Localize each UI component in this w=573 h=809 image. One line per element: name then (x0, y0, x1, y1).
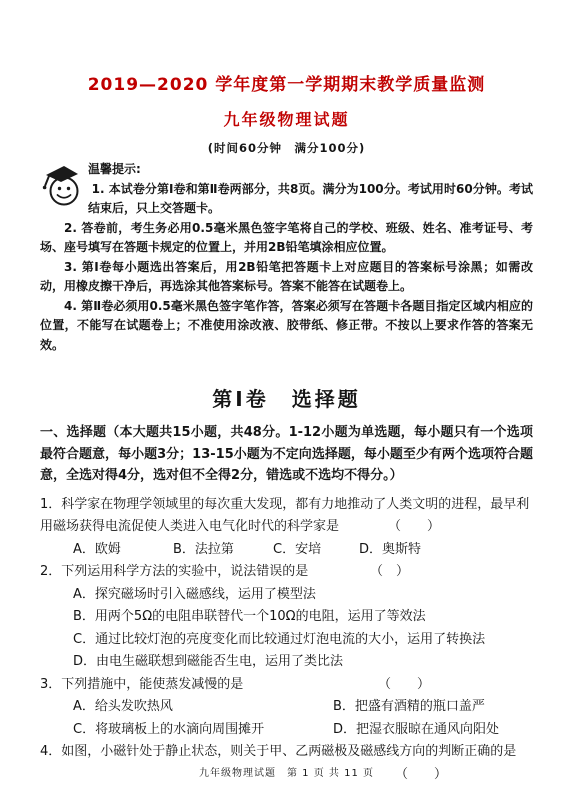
notice-item-4: 4. 第Ⅱ卷必须用0.5毫米黑色签字笔作答，答案必须写在答题卡各题目指定区域内相… (40, 297, 533, 356)
exam-header: 2019—2020 学年度第一学期期末教学质量监测 九年级物理试题 (时间60分… (40, 0, 533, 156)
notice-item-2: 2. 答卷前，考生务必用0.5毫米黑色签字笔将自己的学校、班级、姓名、准考证号、… (40, 219, 533, 258)
section-heading: 第Ⅰ卷 选择题 (40, 383, 533, 412)
question-4-stem: 4．如图，小磁针处于静止状态，则关于甲、乙两磁极及磁感线方向的判断正确的是 (40, 744, 516, 759)
time-score-line: (时间60分钟 满分100分) (40, 140, 533, 156)
question-1-stem-wrap: 1．科学家在物理学领域里的每次重大发现，都有力地推动了人类文明的进程，最早利用磁… (40, 494, 533, 539)
notice-block: 温馨提示: 1. 本试卷分第Ⅰ卷和第Ⅱ卷两部分，共8页。满分为100分。考试用时… (40, 160, 533, 355)
option-b: B．法拉第 (173, 539, 273, 562)
option-d: D．把湿衣服晾在通风向阳处 (333, 719, 533, 742)
answer-bracket: （ ） (370, 561, 409, 584)
question-3-stem-wrap: 3．下列措施中，能使蒸发减慢的是 （ ） (40, 674, 533, 697)
answer-bracket: （ ） (378, 674, 430, 697)
option-c: C．安培 (273, 539, 359, 562)
question-2-stem: 2．下列运用科学方法的实验中，说法错误的是 (40, 564, 308, 579)
question-2: 2．下列运用科学方法的实验中，说法错误的是 （ ） A．探究磁场时引入磁感线，运… (40, 561, 533, 674)
option-b: B．把盛有酒精的瓶口盖严 (333, 696, 533, 719)
notice-item-3: 3. 第Ⅰ卷每小题选出答案后，用2B铅笔把答题卡上对应题目的答案标号涂黑；如需改… (40, 258, 533, 297)
option-d: D．奥斯特 (359, 539, 421, 562)
question-2-stem-wrap: 2．下列运用科学方法的实验中，说法错误的是 （ ） (40, 561, 533, 584)
exam-title: 2019—2020 学年度第一学期期末教学质量监测 (40, 70, 533, 95)
question-1: 1．科学家在物理学领域里的每次重大发现，都有力地推动了人类文明的进程，最早利用磁… (40, 494, 533, 562)
question-3: 3．下列措施中，能使蒸发减慢的是 （ ） A．给头发吹热风 B．把盛有酒精的瓶口… (40, 674, 533, 742)
exam-subject-title: 九年级物理试题 (40, 107, 533, 130)
notice-heading: 温馨提示: (40, 160, 533, 180)
option-c: C．将玻璃板上的水滴向周围摊开 (73, 719, 333, 742)
option-c: C．通过比较灯泡的亮度变化而比较通过灯泡电流的大小，运用了转换法 (40, 629, 533, 652)
graduate-smiley-icon (42, 164, 82, 210)
option-d: D．由电生磁联想到磁能否生电，运用了类比法 (40, 651, 533, 674)
question-list: 1．科学家在物理学领域里的每次重大发现，都有力地推动了人类文明的进程，最早利用磁… (40, 494, 533, 787)
exam-page: 2019—2020 学年度第一学期期末教学质量监测 九年级物理试题 (时间60分… (0, 0, 573, 809)
option-a: A．给头发吹热风 (73, 696, 333, 719)
answer-bracket: （ ） (388, 516, 440, 539)
question-1-stem: 1．科学家在物理学领域里的每次重大发现，都有力地推动了人类文明的进程，最早利用磁… (40, 497, 529, 535)
question-3-stem: 3．下列措施中，能使蒸发减慢的是 (40, 677, 243, 692)
page-footer: 九年级物理试题 第 1 页 共 11 页 (0, 764, 573, 779)
question-1-options: A．欧姆 B．法拉第 C．安培 D．奥斯特 (40, 539, 533, 562)
question-3-options: A．给头发吹热风 B．把盛有酒精的瓶口盖严 C．将玻璃板上的水滴向周围摊开 D．… (40, 696, 533, 741)
question-4-stem-wrap: 4．如图，小磁针处于静止状态，则关于甲、乙两磁极及磁感线方向的判断正确的是 (40, 741, 533, 764)
section-intro: 一、选择题（本大题共15小题，共48分。1-12小题为单选题，每小题只有一个选项… (40, 422, 533, 487)
notice-item-1: 1. 本试卷分第Ⅰ卷和第Ⅱ卷两部分，共8页。满分为100分。考试用时60分钟。考… (40, 180, 533, 219)
option-b: B．用两个5Ω的电阻串联替代一个10Ω的电阻，运用了等效法 (40, 606, 533, 629)
option-a: A．探究磁场时引入磁感线，运用了模型法 (40, 584, 533, 607)
option-a: A．欧姆 (73, 539, 173, 562)
